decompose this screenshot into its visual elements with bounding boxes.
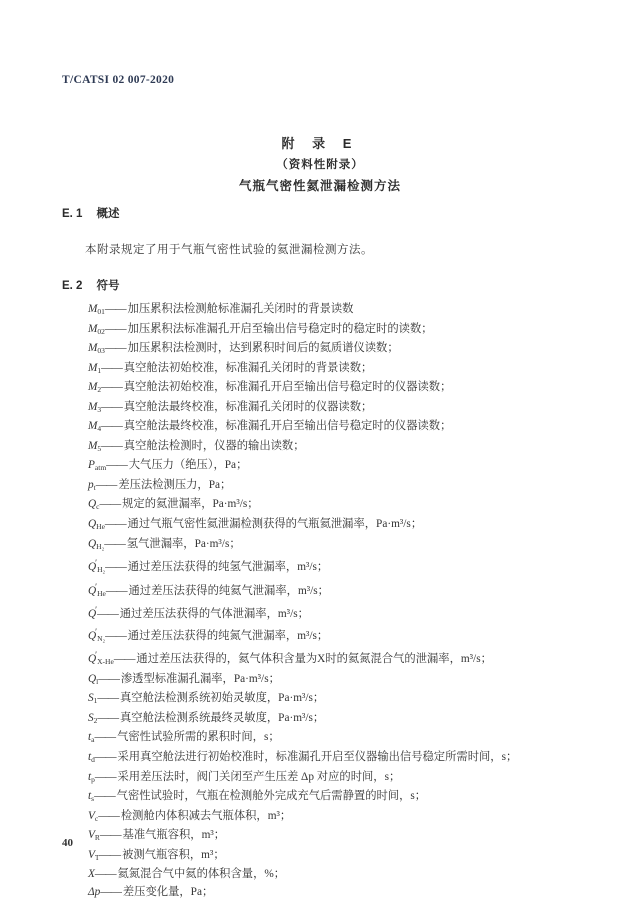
section-number: E. 1 <box>62 208 82 220</box>
symbol: M02 <box>88 323 105 335</box>
symbol: VT <box>88 849 100 861</box>
symbol-definition-row: Q′H₂——通过差压法获得的纯氢气泄漏率，m³/s； <box>88 555 620 579</box>
symbol-definition-row: Q′——通过差压法获得的气体泄漏率，m³/s； <box>88 602 620 624</box>
symbol-definition-row: Δp——差压变化量，Pa； <box>88 884 620 902</box>
symbol: M4 <box>88 420 101 432</box>
symbol: S1 <box>88 692 97 704</box>
appendix-title-block: 附 录 E （资料性附录） 气瓶气密性氦泄漏检测方法 <box>0 133 640 194</box>
symbol-definition-row: X——氦氮混合气中氦的体积含量，%； <box>88 866 620 884</box>
symbol: X <box>88 868 95 880</box>
symbol: pt <box>88 479 96 491</box>
section-heading-e1: E. 1概述 <box>62 205 119 221</box>
symbol-definition-row: M2——真空舱法初始校准，标准漏孔开启至输出信号稳定时的仪器读数； <box>88 379 620 399</box>
symbol-definition-row: VR——基准气瓶容积，m³； <box>88 827 620 847</box>
symbol: S2 <box>88 712 97 724</box>
symbol: Ql <box>88 673 98 685</box>
symbol: M5 <box>88 440 101 452</box>
symbol-definition-text: 采用差压法时，阀门关闭至产生压差 Δp 对应的时间，s； <box>117 771 400 783</box>
definition-dash: —— <box>98 673 119 685</box>
definition-dash: —— <box>94 731 115 743</box>
symbol-definition-row: td——采用真空舱法进行初始校准时，标准漏孔开启至仪器输出信号稳定所需时间，s； <box>88 749 620 769</box>
standard-number-header: T/CATSI 02 007-2020 <box>62 74 174 86</box>
definition-dash: —— <box>106 585 127 597</box>
definition-dash: —— <box>105 323 126 335</box>
symbol: Q′He <box>88 585 106 597</box>
symbol-definition-text: 通过气瓶气密性氦泄漏检测获得的气瓶氦泄漏率，Pa·m³/s； <box>128 518 423 530</box>
symbol-definition-row: Ql——渗透型标准漏孔漏率，Pa·m³/s； <box>88 671 620 691</box>
symbol: QHe <box>88 518 105 530</box>
definition-dash: —— <box>96 479 117 491</box>
symbol-definition-text: 气密性试验所需的累积时间，s； <box>117 731 280 743</box>
symbol-definition-text: 大气压力（绝压），Pa； <box>129 459 248 471</box>
overview-paragraph: 本附录规定了用于气瓶气密性试验的氦泄漏检测方法。 <box>85 241 373 257</box>
symbol: Q′ <box>88 608 97 620</box>
symbol-definition-row: ta——气密性试验所需的累积时间，s； <box>88 729 620 749</box>
definition-dash: —— <box>114 653 135 665</box>
symbol-definition-row: Patm——大气压力（绝压），Pa； <box>88 457 620 477</box>
symbol: Vc <box>88 810 98 822</box>
symbol-definition-row: M02——加压累积法标准漏孔开启至输出信号稳定时的稳定时的读数； <box>88 321 620 341</box>
symbol-definition-row: ts——气密性试验时，气瓶在检测舱外完成充气后需静置的时间，s； <box>88 788 620 808</box>
symbol: Qc <box>88 498 100 510</box>
symbol: Q′X-He <box>88 653 114 665</box>
symbol-definition-text: 氦氮混合气中氦的体积含量，%； <box>118 868 286 880</box>
definition-dash: —— <box>101 401 122 413</box>
definition-dash: —— <box>97 692 118 704</box>
definition-dash: —— <box>105 518 126 530</box>
definition-dash: —— <box>100 849 121 861</box>
definition-dash: —— <box>105 561 126 573</box>
definition-dash: —— <box>101 420 122 432</box>
symbol: M01 <box>88 303 105 315</box>
definition-dash: —— <box>95 751 116 763</box>
symbol-definition-row: S2——真空舱法检测系统最终灵敏度，Pa·m³/s； <box>88 710 620 730</box>
symbol: Patm <box>88 459 106 471</box>
symbol: td <box>88 751 95 763</box>
section-title: 符号 <box>96 280 119 292</box>
symbol-definition-row: QHe——通过气瓶气密性氦泄漏检测获得的气瓶氦泄漏率，Pa·m³/s； <box>88 516 620 536</box>
page-number: 40 <box>62 837 73 849</box>
symbol-definition-text: 检测舱内体积减去气瓶体积，m³； <box>121 810 291 822</box>
definition-dash: —— <box>97 712 118 724</box>
section-title: 概述 <box>96 208 119 220</box>
definition-dash: —— <box>98 810 119 822</box>
symbol-definition-text: 加压累积法标准漏孔开启至输出信号稳定时的稳定时的读数； <box>128 323 433 335</box>
appendix-type-label: （资料性附录） <box>0 156 640 172</box>
symbol-definition-text: 采用真空舱法进行初始校准时，标准漏孔开启至仪器输出信号稳定所需时间，s； <box>117 751 517 763</box>
symbol-definition-text: 渗透型标准漏孔漏率，Pa·m³/s； <box>121 673 280 685</box>
symbol-definition-row: M5——真空舱法检测时，仪器的输出读数； <box>88 438 620 458</box>
symbol-definition-row: M01——加压累积法检测舱标准漏孔关闭时的背景读数 <box>88 301 620 321</box>
section-number: E. 2 <box>62 280 82 292</box>
symbol-definition-text: 差压法检测压力，Pa； <box>118 479 231 491</box>
symbol-definition-text: 真空舱法检测系统初始灵敏度，Pa·m³/s； <box>120 692 324 704</box>
symbol: M3 <box>88 401 101 413</box>
definition-dash: —— <box>106 459 127 471</box>
symbol: M2 <box>88 381 101 393</box>
symbol-definition-text: 加压累积法检测舱标准漏孔关闭时的背景读数 <box>128 303 354 315</box>
definition-dash: —— <box>105 630 126 642</box>
symbol: QH₂ <box>88 538 104 550</box>
symbol-definition-row: M03——加压累积法检测时，达到累积时间后的氦质谱仪读数； <box>88 340 620 360</box>
definition-dash: —— <box>101 440 122 452</box>
definition-dash: —— <box>105 303 126 315</box>
symbol: M03 <box>88 342 105 354</box>
symbol-definition-text: 真空舱法初始校准，标准漏孔关闭时的背景读数； <box>124 362 373 374</box>
definition-dash: —— <box>100 886 121 898</box>
symbol-definition-text: 差压变化量，Pa； <box>123 886 213 898</box>
symbol-definition-text: 真空舱法检测系统最终灵敏度，Pa·m³/s； <box>120 712 324 724</box>
symbol-definition-row: M1——真空舱法初始校准，标准漏孔关闭时的背景读数； <box>88 360 620 380</box>
symbol: Q′H₂ <box>88 561 105 573</box>
symbol-definition-row: Q′X-He——通过差压法获得的，氦气体积含量为X时的氦氮混合气的泄漏率，m³/… <box>88 647 620 671</box>
symbol-definition-text: 真空舱法检测时，仪器的输出读数； <box>124 440 305 452</box>
symbol-definition-row: Qc——规定的氦泄漏率，Pa·m³/s； <box>88 496 620 516</box>
symbol-definition-row: Q′He——通过差压法获得的纯氦气泄漏率，m³/s； <box>88 579 620 603</box>
symbol: Δp <box>88 886 100 898</box>
symbol-definition-row: S1——真空舱法检测系统初始灵敏度，Pa·m³/s； <box>88 690 620 710</box>
symbol-definition-row: QH₂——氢气泄漏率，Pa·m³/s； <box>88 536 620 556</box>
symbol: tp <box>88 771 95 783</box>
definition-dash: —— <box>101 381 122 393</box>
symbol-definition-text: 氢气泄漏率，Pa·m³/s； <box>127 538 241 550</box>
definition-dash: —— <box>104 538 125 550</box>
symbol: Q′N₂ <box>88 630 105 642</box>
appendix-method-title: 气瓶气密性氦泄漏检测方法 <box>0 176 640 194</box>
definition-dash: —— <box>105 342 126 354</box>
symbol: VR <box>88 829 100 841</box>
symbol-definition-text: 通过差压法获得的纯氢气泄漏率，m³/s； <box>128 561 328 573</box>
definition-dash: —— <box>100 829 121 841</box>
definition-dash: —— <box>95 771 116 783</box>
definition-dash: —— <box>95 868 116 880</box>
symbol-definition-row: VT——被测气瓶容积，m³； <box>88 847 620 867</box>
symbol-definition-text: 通过差压法获得的纯氦气泄漏率，m³/s； <box>128 585 328 597</box>
symbol-definition-row: Vc——检测舱内体积减去气瓶体积，m³； <box>88 808 620 828</box>
symbol-definition-text: 气密性试验时，气瓶在检测舱外完成充气后需静置的时间，s； <box>117 790 426 802</box>
document-page: T/CATSI 02 007-2020 附 录 E （资料性附录） 气瓶气密性氦… <box>0 0 640 906</box>
symbols-list: M01——加压累积法检测舱标准漏孔关闭时的背景读数M02——加压累积法标准漏孔开… <box>88 301 620 901</box>
symbol-definition-text: 通过差压法获得的纯氮气泄漏率，m³/s； <box>128 630 328 642</box>
definition-dash: —— <box>100 498 121 510</box>
definition-dash: —— <box>97 608 118 620</box>
symbol-definition-text: 通过差压法获得的，氦气体积含量为X时的氦氮混合气的泄漏率，m³/s； <box>136 653 491 665</box>
symbol-definition-text: 基准气瓶容积，m³； <box>123 829 226 841</box>
symbol-definition-text: 真空舱法最终校准，标准漏孔关闭时的仪器读数； <box>124 401 373 413</box>
definition-dash: —— <box>101 362 122 374</box>
definition-dash: —— <box>94 790 115 802</box>
symbol-definition-text: 被测气瓶容积，m³； <box>122 849 225 861</box>
symbol-definition-text: 加压累积法检测时，达到累积时间后的氦质谱仪读数； <box>128 342 399 354</box>
symbol-definition-row: tp——采用差压法时，阀门关闭至产生压差 Δp 对应的时间，s； <box>88 769 620 789</box>
symbol-definition-row: Q′N₂——通过差压法获得的纯氮气泄漏率，m³/s； <box>88 624 620 648</box>
symbol-definition-text: 真空舱法初始校准，标准漏孔开启至输出信号稳定时的仪器读数； <box>124 381 452 393</box>
section-heading-e2: E. 2符号 <box>62 277 119 293</box>
appendix-title: 附 录 E <box>0 133 640 152</box>
symbol-definition-row: pt——差压法检测压力，Pa； <box>88 477 620 497</box>
symbol-definition-text: 真空舱法最终校准，标准漏孔开启至输出信号稳定时的仪器读数； <box>124 420 452 432</box>
symbol-definition-text: 通过差压法获得的气体泄漏率，m³/s； <box>120 608 309 620</box>
symbol: M1 <box>88 362 101 374</box>
symbol-definition-row: M4——真空舱法最终校准，标准漏孔开启至输出信号稳定时的仪器读数； <box>88 418 620 438</box>
symbol-definition-row: M3——真空舱法最终校准，标准漏孔关闭时的仪器读数； <box>88 399 620 419</box>
symbol-definition-text: 规定的氦泄漏率，Pa·m³/s； <box>122 498 258 510</box>
